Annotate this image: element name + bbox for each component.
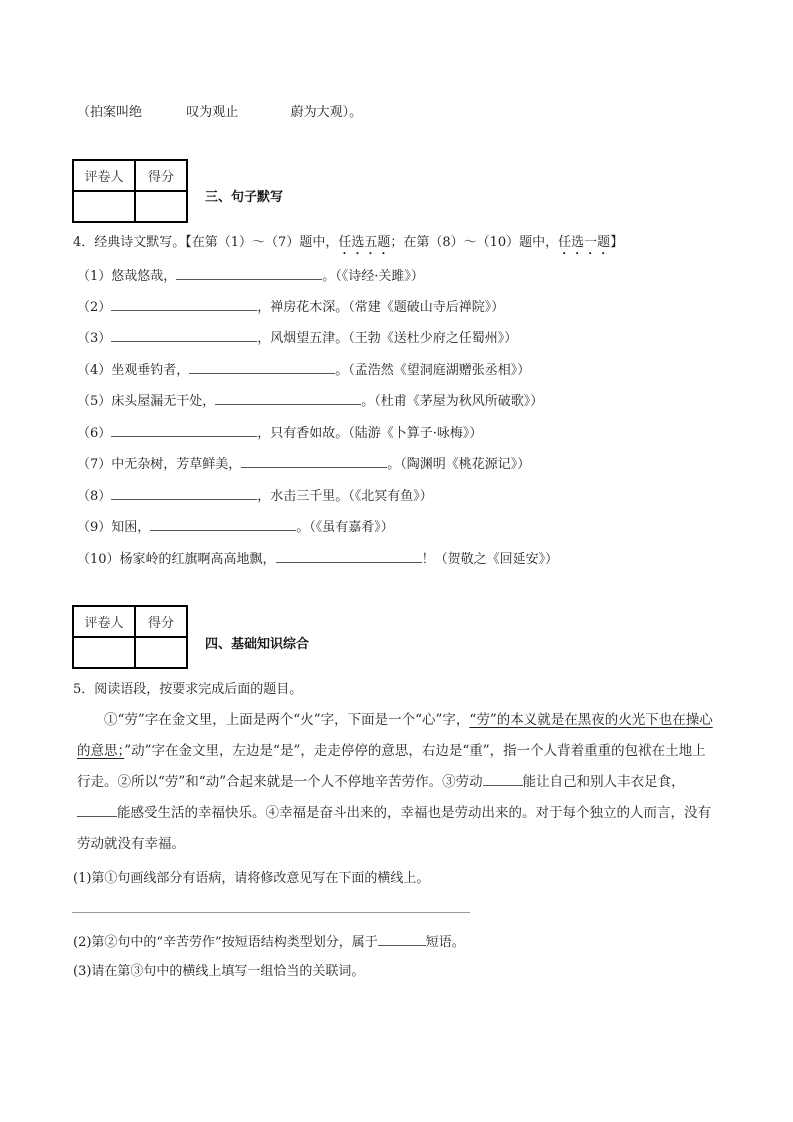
item-prompt: 悠哉悠哉， bbox=[111, 269, 176, 284]
phrase-type-blank[interactable] bbox=[378, 932, 426, 946]
answer-blank[interactable] bbox=[215, 391, 361, 405]
passage-text: ①“劳”字在金文里，上面是两个“火”字，下面是一个“心”字， bbox=[104, 712, 469, 728]
question-4-item-9: （9）知困，。（《虽有嘉肴》） bbox=[77, 517, 394, 537]
option-2: 叹为观止 bbox=[186, 105, 238, 120]
connective-blank-2[interactable] bbox=[77, 803, 117, 817]
section-title: 四、基础知识综合 bbox=[205, 633, 309, 652]
item-source: 。（《虽有嘉肴》） bbox=[296, 520, 394, 535]
passage-text: 能让自己和别人丰衣足食， bbox=[523, 774, 685, 790]
grader-cell[interactable] bbox=[73, 637, 135, 668]
question-4-item-1: （1）悠哉悠哉，。（《诗经·关雎》） bbox=[77, 266, 424, 286]
answer-blank[interactable] bbox=[241, 454, 387, 468]
sub-question-text: 短语。 bbox=[426, 935, 465, 950]
previous-answer-options: （拍案叫绝 叹为观止 蔚为大观）。 bbox=[77, 104, 362, 122]
answer-blank[interactable] bbox=[176, 266, 322, 280]
score-table-section4: 评卷人 得分 bbox=[72, 605, 188, 669]
grader-header: 评卷人 bbox=[73, 160, 135, 191]
item-source: 。（杜甫《茅屋为秋风所破歌》） bbox=[361, 394, 543, 409]
item-number: （9） bbox=[77, 520, 111, 535]
item-number: （7） bbox=[77, 457, 111, 472]
section-title: 三、句子默写 bbox=[205, 186, 283, 205]
score-header: 得分 bbox=[135, 606, 187, 637]
passage-text: 能感受生活的幸福快乐。④幸福是奋斗出来的，幸福也是劳动出来的。对于每个独立的人而… bbox=[77, 805, 711, 852]
item-number: （10） bbox=[77, 552, 120, 567]
answer-line[interactable] bbox=[72, 912, 470, 913]
connective-blank-1[interactable] bbox=[483, 772, 523, 786]
question-4-item-8: （8），水击三千里。（《北冥有鱼》） bbox=[77, 486, 433, 506]
question-4-item-10: （10）杨家岭的红旗啊高高地飘，！（贺敬之《回延安》） bbox=[77, 549, 558, 569]
item-source: 。（《诗经·关雎》） bbox=[322, 269, 424, 284]
item-number: （6） bbox=[77, 426, 111, 441]
option-3: 蔚为大观）。 bbox=[291, 105, 363, 120]
answer-blank[interactable] bbox=[111, 423, 257, 437]
question-4-item-4: （4）坐观垂钓者，。（孟浩然《望洞庭湖赠张丞相》） bbox=[77, 360, 530, 380]
item-prompt: 坐观垂钓者， bbox=[111, 363, 189, 378]
emphasis-text: 任选一题 bbox=[558, 235, 610, 250]
score-header: 得分 bbox=[135, 160, 187, 191]
answer-blank[interactable] bbox=[111, 486, 257, 500]
sub-question-3: (3)请在第③句中的横线上填写一组恰当的关联词。 bbox=[73, 963, 364, 981]
item-number: （2） bbox=[77, 300, 111, 315]
emphasis-text: 任选五题 bbox=[338, 235, 390, 250]
item-prompt: 知困， bbox=[111, 520, 150, 535]
question-4-item-6: （6），只有香如故。（陆游《卜算子·咏梅》） bbox=[77, 423, 482, 443]
option-1: （拍案叫绝 bbox=[77, 105, 142, 120]
grader-cell[interactable] bbox=[73, 191, 135, 222]
question-4-item-5: （5）床头屋漏无干处，。（杜甫《茅屋为秋风所破歌》） bbox=[77, 391, 543, 411]
reading-passage: ①“劳”字在金文里，上面是两个“火”字，下面是一个“心”字，“劳”的本义就是在黑… bbox=[77, 705, 717, 860]
question-4-item-2: （2），禅房花木深。（常建《题破山寺后禅院》） bbox=[77, 297, 504, 317]
item-source: ，水击三千里。（《北冥有鱼》） bbox=[257, 489, 433, 504]
score-cell[interactable] bbox=[135, 637, 187, 668]
item-prompt: 杨家岭的红旗啊高高地飘， bbox=[120, 552, 276, 567]
score-table-section3: 评卷人 得分 bbox=[72, 159, 188, 223]
grader-header: 评卷人 bbox=[73, 606, 135, 637]
intro-text: ；在第（8）～（10）题中， bbox=[390, 235, 558, 250]
question-4-item-7: （7）中无杂树，芳草鲜美，。（陶渊明《桃花源记》） bbox=[77, 454, 530, 474]
item-source: 。（孟浩然《望洞庭湖赠张丞相》） bbox=[335, 363, 530, 378]
item-source: ，风烟望五津。（王勃《送杜少府之任蜀州》） bbox=[257, 331, 517, 346]
answer-blank[interactable] bbox=[111, 328, 257, 342]
intro-text: 】 bbox=[610, 235, 623, 250]
sub-question-2: (2)第②句中的“辛苦劳作”按短语结构类型划分，属于短语。 bbox=[73, 932, 465, 952]
answer-blank[interactable] bbox=[276, 549, 422, 563]
item-source: ，只有香如故。（陆游《卜算子·咏梅》） bbox=[257, 426, 482, 441]
sub-question-text: (2)第②句中的“辛苦劳作”按短语结构类型划分，属于 bbox=[73, 935, 378, 950]
item-number: （3） bbox=[77, 331, 111, 346]
intro-text: 4．经典诗文默写。【在第（1）～（7）题中， bbox=[73, 235, 338, 250]
item-number: （1） bbox=[77, 269, 111, 284]
question-4-item-3: （3），风烟望五津。（王勃《送杜少府之任蜀州》） bbox=[77, 328, 517, 348]
item-source: ，禅房花木深。（常建《题破山寺后禅院》） bbox=[257, 300, 504, 315]
item-source: ！（贺敬之《回延安》） bbox=[422, 552, 559, 567]
item-number: （8） bbox=[77, 489, 111, 504]
item-number: （4） bbox=[77, 363, 111, 378]
sub-question-1: (1)第①句画线部分有语病，请将修改意见写在下面的横线上。 bbox=[73, 870, 429, 888]
question-5-intro: 5．阅读语段，按要求完成后面的题目。 bbox=[73, 681, 302, 699]
item-source: 。（陶渊明《桃花源记》） bbox=[387, 457, 530, 472]
answer-blank[interactable] bbox=[111, 297, 257, 311]
answer-blank[interactable] bbox=[189, 360, 335, 374]
item-prompt: 中无杂树，芳草鲜美， bbox=[111, 457, 241, 472]
answer-blank[interactable] bbox=[150, 517, 296, 531]
item-prompt: 床头屋漏无干处， bbox=[111, 394, 215, 409]
score-cell[interactable] bbox=[135, 191, 187, 222]
item-number: （5） bbox=[77, 394, 111, 409]
question-4-intro: 4．经典诗文默写。【在第（1）～（7）题中，任选五题；在第（8）～（10）题中，… bbox=[73, 234, 623, 258]
